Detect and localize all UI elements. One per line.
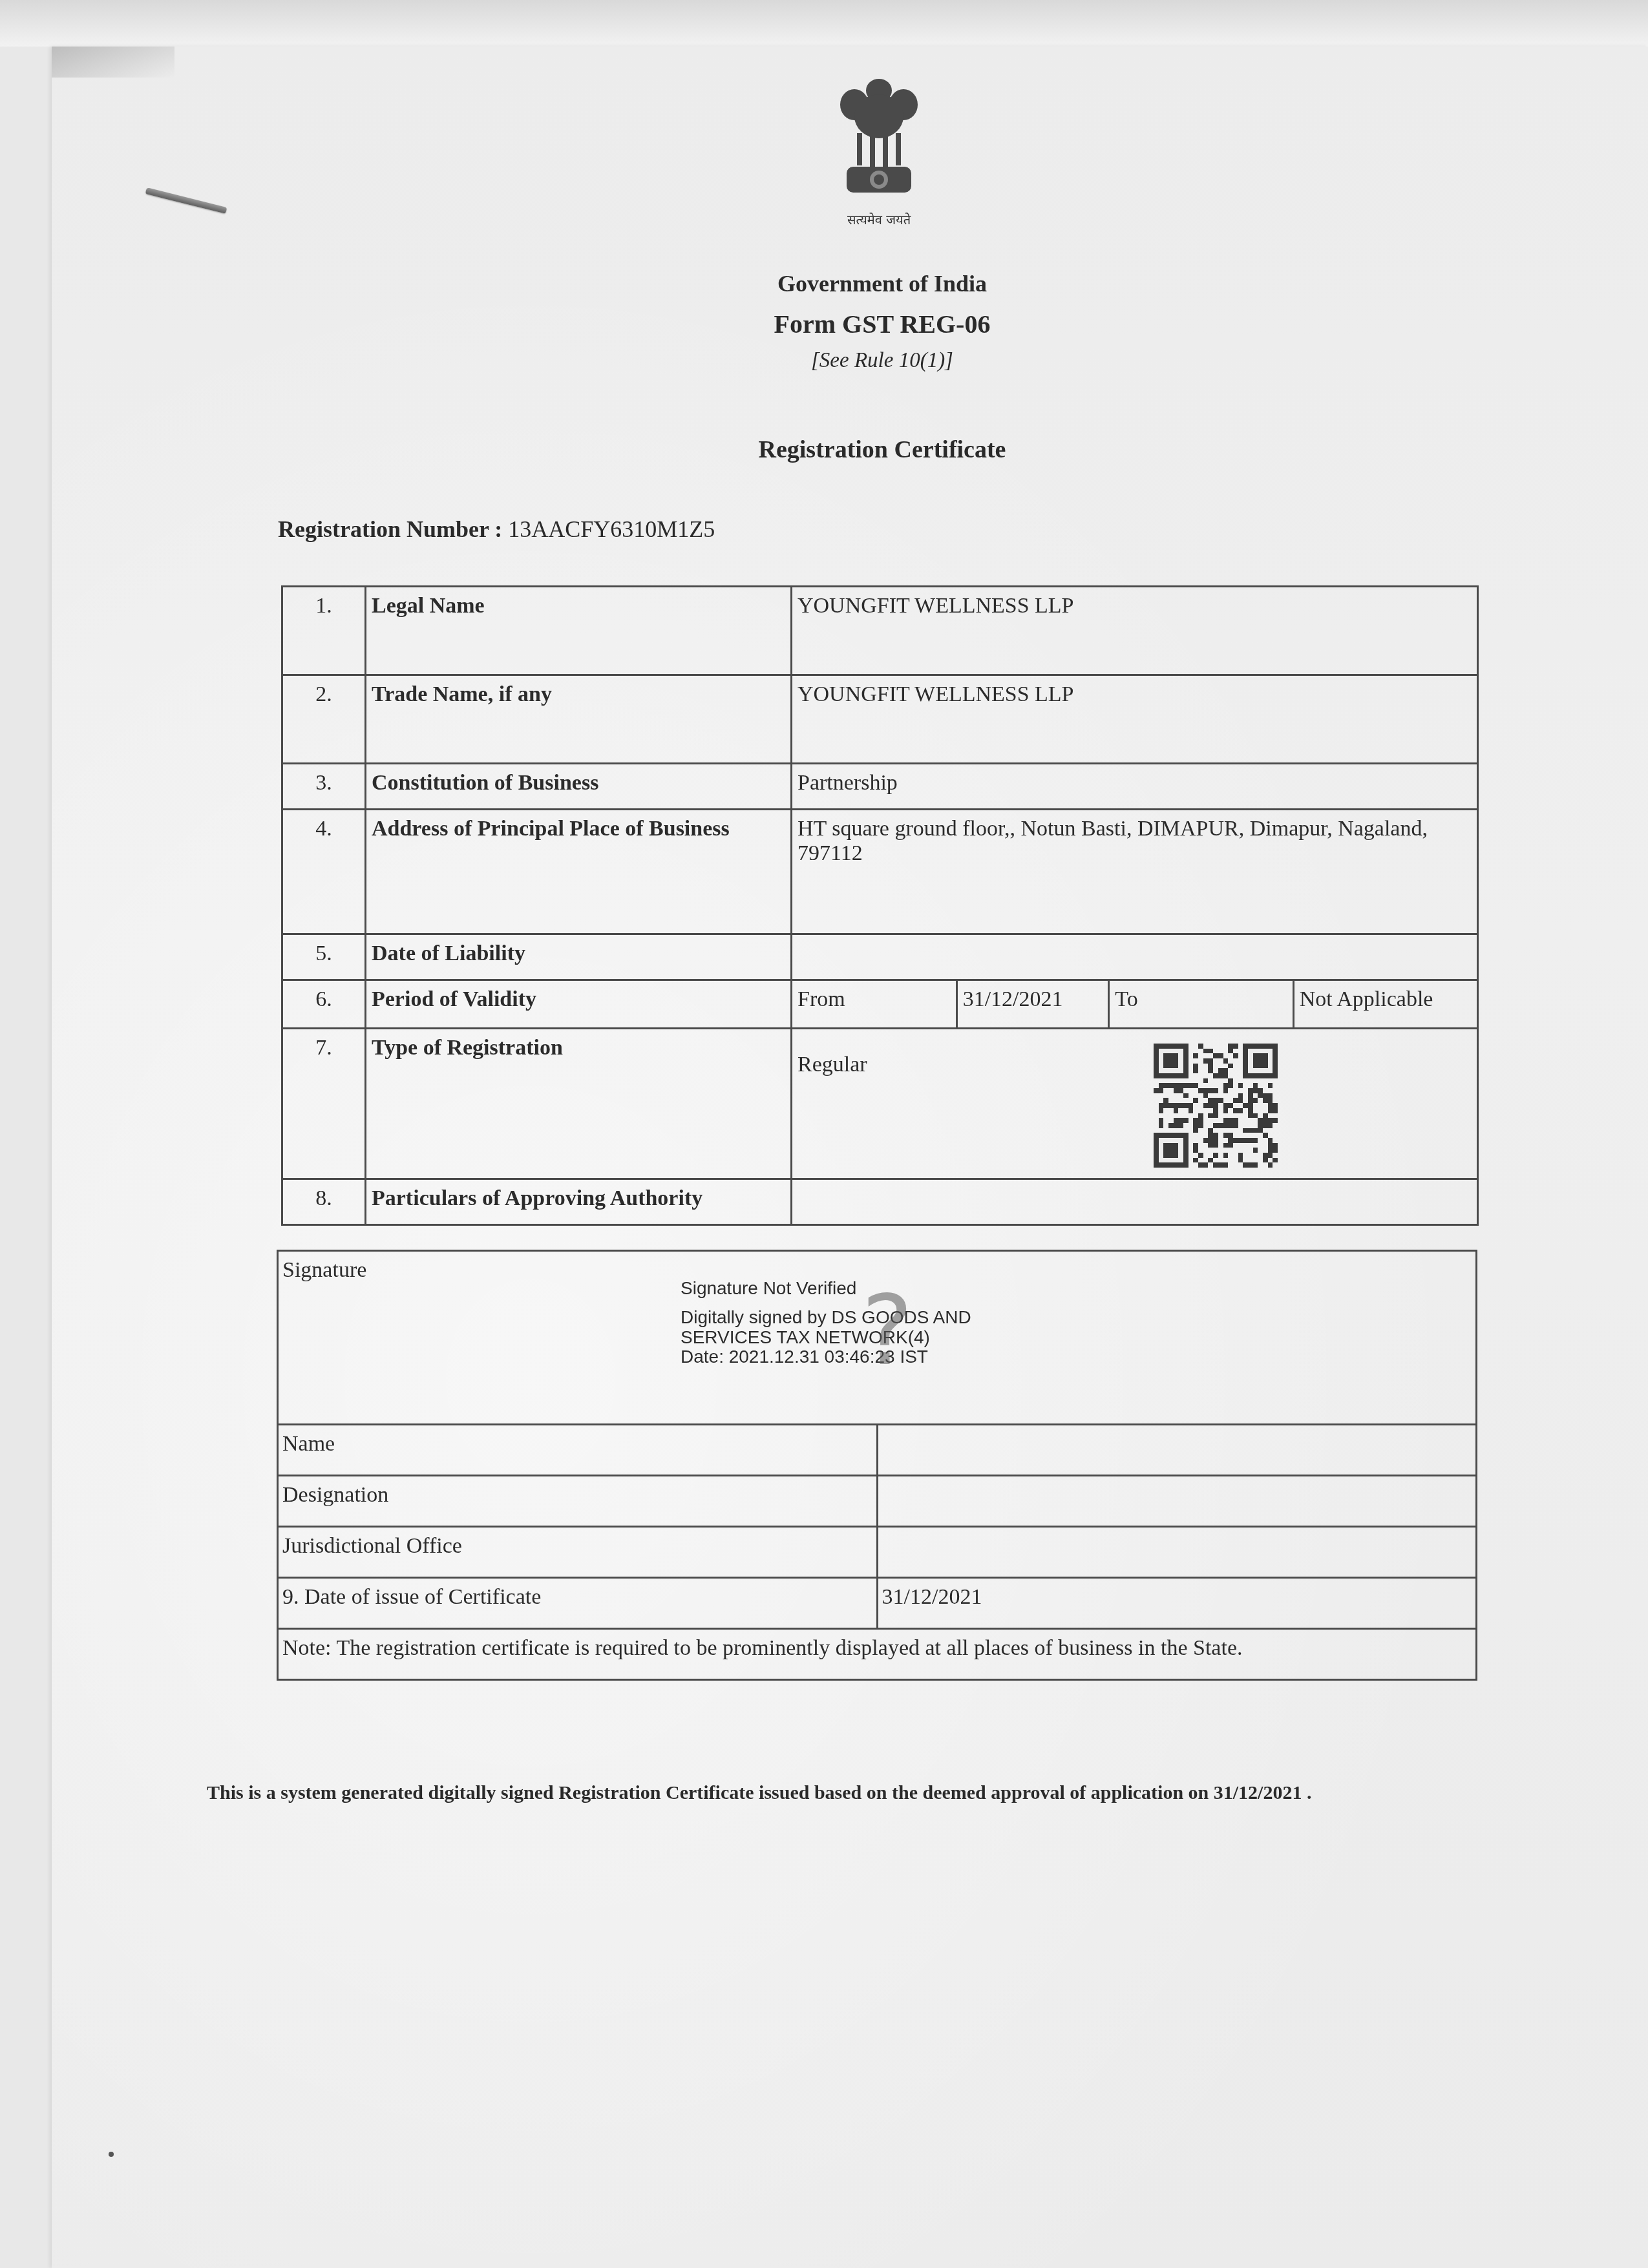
row-number: 8. xyxy=(282,1179,366,1225)
address-value: HT square ground floor,, Notun Basti, DI… xyxy=(792,810,1478,934)
field-label: Particulars of Approving Authority xyxy=(366,1179,792,1225)
table-row: 3. Constitution of Business Partnership xyxy=(282,764,1478,810)
signature-status: Signature Not Verified xyxy=(681,1279,971,1299)
field-label: Address of Principal Place of Business xyxy=(366,810,792,934)
to-label: To xyxy=(1109,981,1293,1027)
row-number: 3. xyxy=(282,764,366,810)
signature-date: Date: 2021.12.31 03:46:23 IST xyxy=(681,1347,971,1367)
registration-number-value: 13AACFY6310M1Z5 xyxy=(508,516,715,542)
table-row: 7. Type of Registration Regular xyxy=(282,1029,1478,1179)
paper-fold xyxy=(52,47,174,78)
table-row: 4. Address of Principal Place of Busines… xyxy=(282,810,1478,934)
signed-by-line2: SERVICES TAX NETWORK(4) xyxy=(681,1328,971,1348)
constitution-value: Partnership xyxy=(792,764,1478,810)
jurisdictional-office-value xyxy=(877,1527,1477,1578)
details-table: 1. Legal Name YOUNGFIT WELLNESS LLP 2. T… xyxy=(281,585,1479,1226)
row-number: 7. xyxy=(282,1029,366,1179)
registration-number-label: Registration Number : xyxy=(278,516,502,542)
from-label: From xyxy=(792,981,956,1027)
table-row: 6. Period of Validity From 31/12/2021 To… xyxy=(282,980,1478,1029)
scanner-background xyxy=(0,0,1648,47)
table-row: Jurisdictional Office xyxy=(278,1527,1477,1578)
display-note: Note: The registration certificate is re… xyxy=(278,1629,1477,1680)
legal-name-value: YOUNGFIT WELLNESS LLP xyxy=(792,587,1478,675)
table-row: 5. Date of Liability xyxy=(282,934,1478,980)
system-generated-footer: This is a system generated digitally sig… xyxy=(207,1782,1532,1804)
issue-date-label: 9. Date of issue of Certificate xyxy=(278,1578,878,1629)
national-emblem-icon xyxy=(834,71,924,207)
emblem-motto: सत्यमेव जयते xyxy=(808,211,950,228)
row-number: 6. xyxy=(282,980,366,1029)
approving-authority-value xyxy=(792,1179,1478,1225)
registration-type-cell: Regular xyxy=(792,1029,1478,1179)
rule-reference: [See Rule 10(1)] xyxy=(0,349,1648,373)
table-row: 8. Particulars of Approving Authority xyxy=(282,1179,1478,1225)
field-label: Constitution of Business xyxy=(366,764,792,810)
table-row: Name xyxy=(278,1425,1477,1476)
trade-name-value: YOUNGFIT WELLNESS LLP xyxy=(792,675,1478,764)
table-row: 1. Legal Name YOUNGFIT WELLNESS LLP xyxy=(282,587,1478,675)
scan-speck xyxy=(109,2152,114,2157)
row-number: 2. xyxy=(282,675,366,764)
issue-date-value: 31/12/2021 xyxy=(877,1578,1477,1629)
row-number: 1. xyxy=(282,587,366,675)
question-mark-icon: ? xyxy=(861,1283,913,1380)
signature-cell: Signature ? Signature Not Verified Digit… xyxy=(278,1251,1477,1425)
from-date: 31/12/2021 xyxy=(956,981,1109,1027)
signed-by-line1: Digitally signed by DS GOODS AND xyxy=(681,1308,971,1328)
period-of-validity: From 31/12/2021 To Not Applicable xyxy=(792,980,1478,1029)
row-number: 5. xyxy=(282,934,366,980)
qr-code-icon xyxy=(1154,1044,1278,1168)
table-row: 2. Trade Name, if any YOUNGFIT WELLNESS … xyxy=(282,675,1478,764)
form-title: Form GST REG-06 xyxy=(0,309,1648,339)
field-label: Trade Name, if any xyxy=(366,675,792,764)
signature-label: Signature xyxy=(282,1258,366,1282)
certificate-title: Registration Certificate xyxy=(0,436,1648,464)
field-label: Date of Liability xyxy=(366,934,792,980)
note-row: Note: The registration certificate is re… xyxy=(278,1629,1477,1680)
field-label: Legal Name xyxy=(366,587,792,675)
government-heading: Government of India xyxy=(0,270,1648,297)
registration-type-value: Regular xyxy=(798,1036,1472,1077)
authority-name-label: Name xyxy=(278,1425,878,1476)
designation-label: Designation xyxy=(278,1476,878,1527)
table-row: Designation xyxy=(278,1476,1477,1527)
date-of-liability-value xyxy=(792,934,1478,980)
digital-signature-block: ? Signature Not Verified Digitally signe… xyxy=(681,1279,971,1367)
authority-name-value xyxy=(877,1425,1477,1476)
field-label: Type of Registration xyxy=(366,1029,792,1179)
to-date: Not Applicable xyxy=(1293,981,1477,1027)
row-number: 4. xyxy=(282,810,366,934)
jurisdictional-office-label: Jurisdictional Office xyxy=(278,1527,878,1578)
field-label: Period of Validity xyxy=(366,980,792,1029)
designation-value xyxy=(877,1476,1477,1527)
table-row: 9. Date of issue of Certificate 31/12/20… xyxy=(278,1578,1477,1629)
signature-table: Signature ? Signature Not Verified Digit… xyxy=(277,1250,1477,1681)
registration-number-line: Registration Number : 13AACFY6310M1Z5 xyxy=(278,516,715,543)
signature-row: Signature ? Signature Not Verified Digit… xyxy=(278,1251,1477,1425)
